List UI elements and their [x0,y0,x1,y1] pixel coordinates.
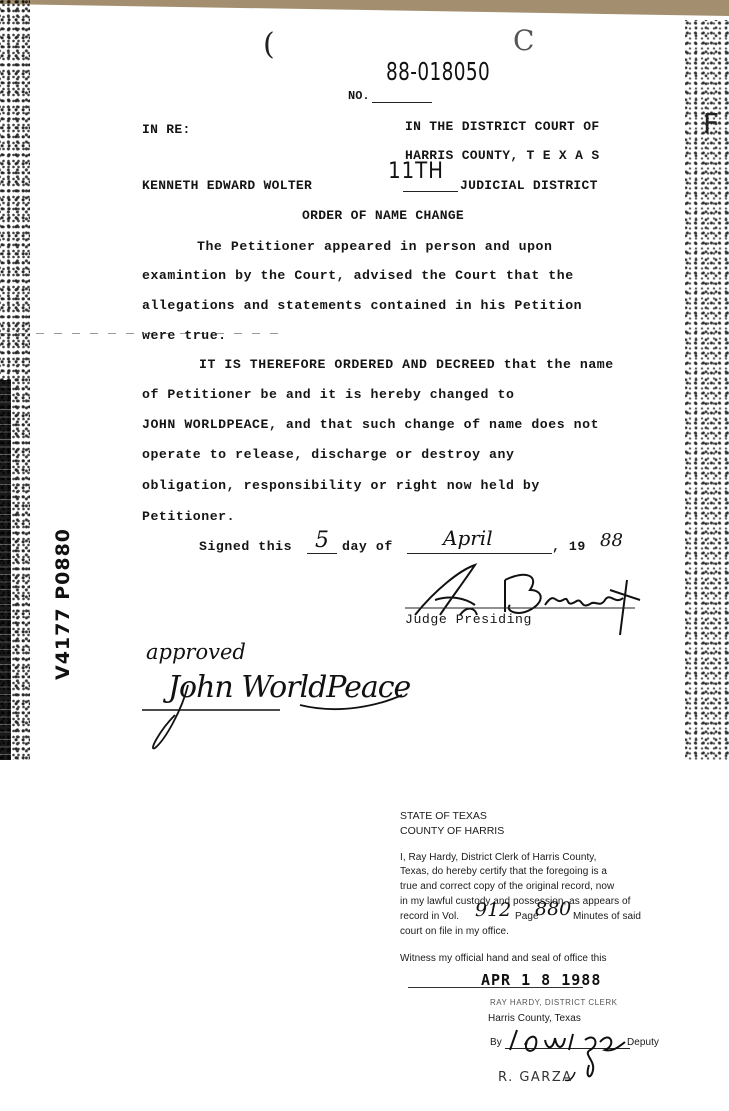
cert-vol-handwritten: 912 [475,899,511,921]
paragraph-1-line: allegations and statements contained in … [142,298,582,313]
signed-year-suffix: 88 [600,530,623,551]
document-title: ORDER OF NAME CHANGE [302,208,464,223]
paragraph-2-line: of Petitioner be and it is hereby change… [142,387,514,402]
month-blank-line [407,553,552,554]
document-page: ( C F 88-018050 NO. IN RE: IN THE DISTRI… [0,0,729,1111]
punch-hole-mark: ( [263,30,275,60]
cert-county: COUNTY OF HARRIS [400,825,504,837]
signature-flourish [140,660,410,760]
paragraph-2-line: operate to release, discharge or destroy… [142,447,514,462]
signed-year-prefix: , 19 [552,539,586,554]
side-mark: F [703,107,719,140]
paragraph-1-line: examintion by the Court, advised the Cou… [142,268,574,283]
party-name: KENNETH EDWARD WOLTER [142,178,312,193]
cert-body-line: I, Ray Hardy, District Clerk of Harris C… [400,852,596,863]
cert-minutes-label: Minutes of said [573,911,641,922]
punch-hole-mark: C [513,27,534,55]
signed-day-of: day of [342,539,393,554]
scan-binding-edge [0,380,11,760]
cert-vol-label: record in Vol. [400,911,459,922]
volume-page-stamp: V4177 P0880 [52,528,74,680]
scan-artifact-line [0,333,280,334]
paper-edge [0,0,729,40]
cert-body-line: true and correct copy of the original re… [400,881,614,892]
signed-day: 5 [315,528,329,553]
cert-witness-line: Witness my official hand and seal of off… [400,953,607,964]
cert-state: STATE OF TEXAS [400,810,487,822]
cert-body-line: Texas, do hereby certify that the forego… [400,866,607,877]
signed-prefix: Signed this [199,539,292,554]
cert-page-handwritten: 880 [535,898,571,920]
court-line-3: JUDICIAL DISTRICT [460,178,598,193]
case-number: 88-018050 [386,57,490,86]
cert-clerk-title: RAY HARDY, DISTRICT CLERK [490,998,618,1007]
paragraph-1-line: The Petitioner appeared in person and up… [197,239,552,254]
paragraph-2-line: Petitioner. [142,509,235,524]
number-blank-line [372,102,432,103]
court-line-1: IN THE DISTRICT COURT OF [405,119,599,134]
cert-date-stamp: APR 1 8 1988 [481,971,601,989]
day-blank-line [307,553,337,554]
cert-deputy-label: Deputy [627,1037,659,1048]
in-re-label: IN RE: [142,122,191,137]
district-blank-line [403,191,458,192]
paragraph-1-line: were true. [142,328,227,343]
cert-by-label: By [490,1037,502,1048]
cert-body-line: court on file in my office. [400,926,509,937]
paragraph-2-line: obligation, responsibility or right now … [142,478,540,493]
signed-month: April [443,526,493,550]
number-label: NO. [348,89,370,103]
cert-body-line: in my lawful custody and possession, as … [400,896,630,907]
paragraph-2-line: IT IS THEREFORE ORDERED AND DECREED that… [199,357,614,372]
judge-label: Judge Presiding [405,612,532,627]
cert-deputy-name: R. GARZA [498,1070,573,1085]
paragraph-2-line: JOHN WORLDPEACE, and that such change of… [142,417,599,432]
district-number-handwritten: 11TH [388,159,444,184]
